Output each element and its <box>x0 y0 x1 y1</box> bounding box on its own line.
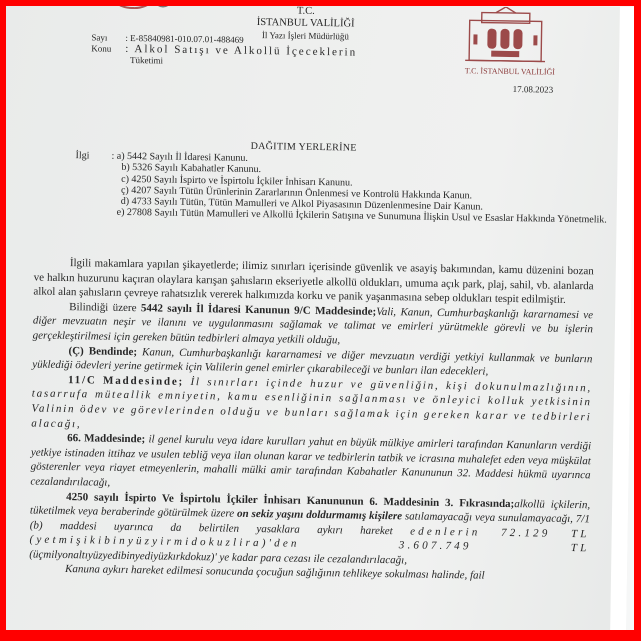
document-page: • • • • T.C. İSTANBUL VALİLİĞİ İl Yazı İ… <box>6 6 634 630</box>
references: İlgi : a) 5442 Sayılı İl İdaresi Kanunu.… <box>75 150 612 226</box>
document-meta: Sayı : E-85840981-010.07.01-488469 Konu … <box>91 32 357 69</box>
page-edge <box>610 7 634 630</box>
document-photo-frame: • • • • T.C. İSTANBUL VALİLİĞİ İl Yazı İ… <box>6 6 634 630</box>
document-date: 17.08.2023 <box>513 84 554 95</box>
references-list: : a) 5442 Sayılı İl İdaresi Kanunu. b) 5… <box>75 150 612 226</box>
konu-value-2: Tüketimi <box>125 55 163 67</box>
paragraph-law-4250: 4250 sayılı İspirto Ve İspirtolu İçkiler… <box>29 489 590 571</box>
logo-caption: T.C. İSTANBUL VALİLİĞİ <box>460 66 560 77</box>
paragraph-11c: 11/C Maddesinde; İl sınırları içinde huz… <box>31 372 592 439</box>
document-body: İlgili makamlara yapılan şikayetlerde; i… <box>29 256 594 586</box>
sayi-label: Sayı <box>91 32 125 44</box>
pin-icon <box>156 6 170 8</box>
republic-emblem-icon: • • • • <box>102 6 164 10</box>
governorship-building-logo-icon <box>465 6 546 69</box>
references-label: İlgi <box>75 150 89 162</box>
konu-label: Konu <box>91 43 125 55</box>
paragraph-66: 66. Maddesinde; il genel kurulu veya ida… <box>30 431 591 498</box>
